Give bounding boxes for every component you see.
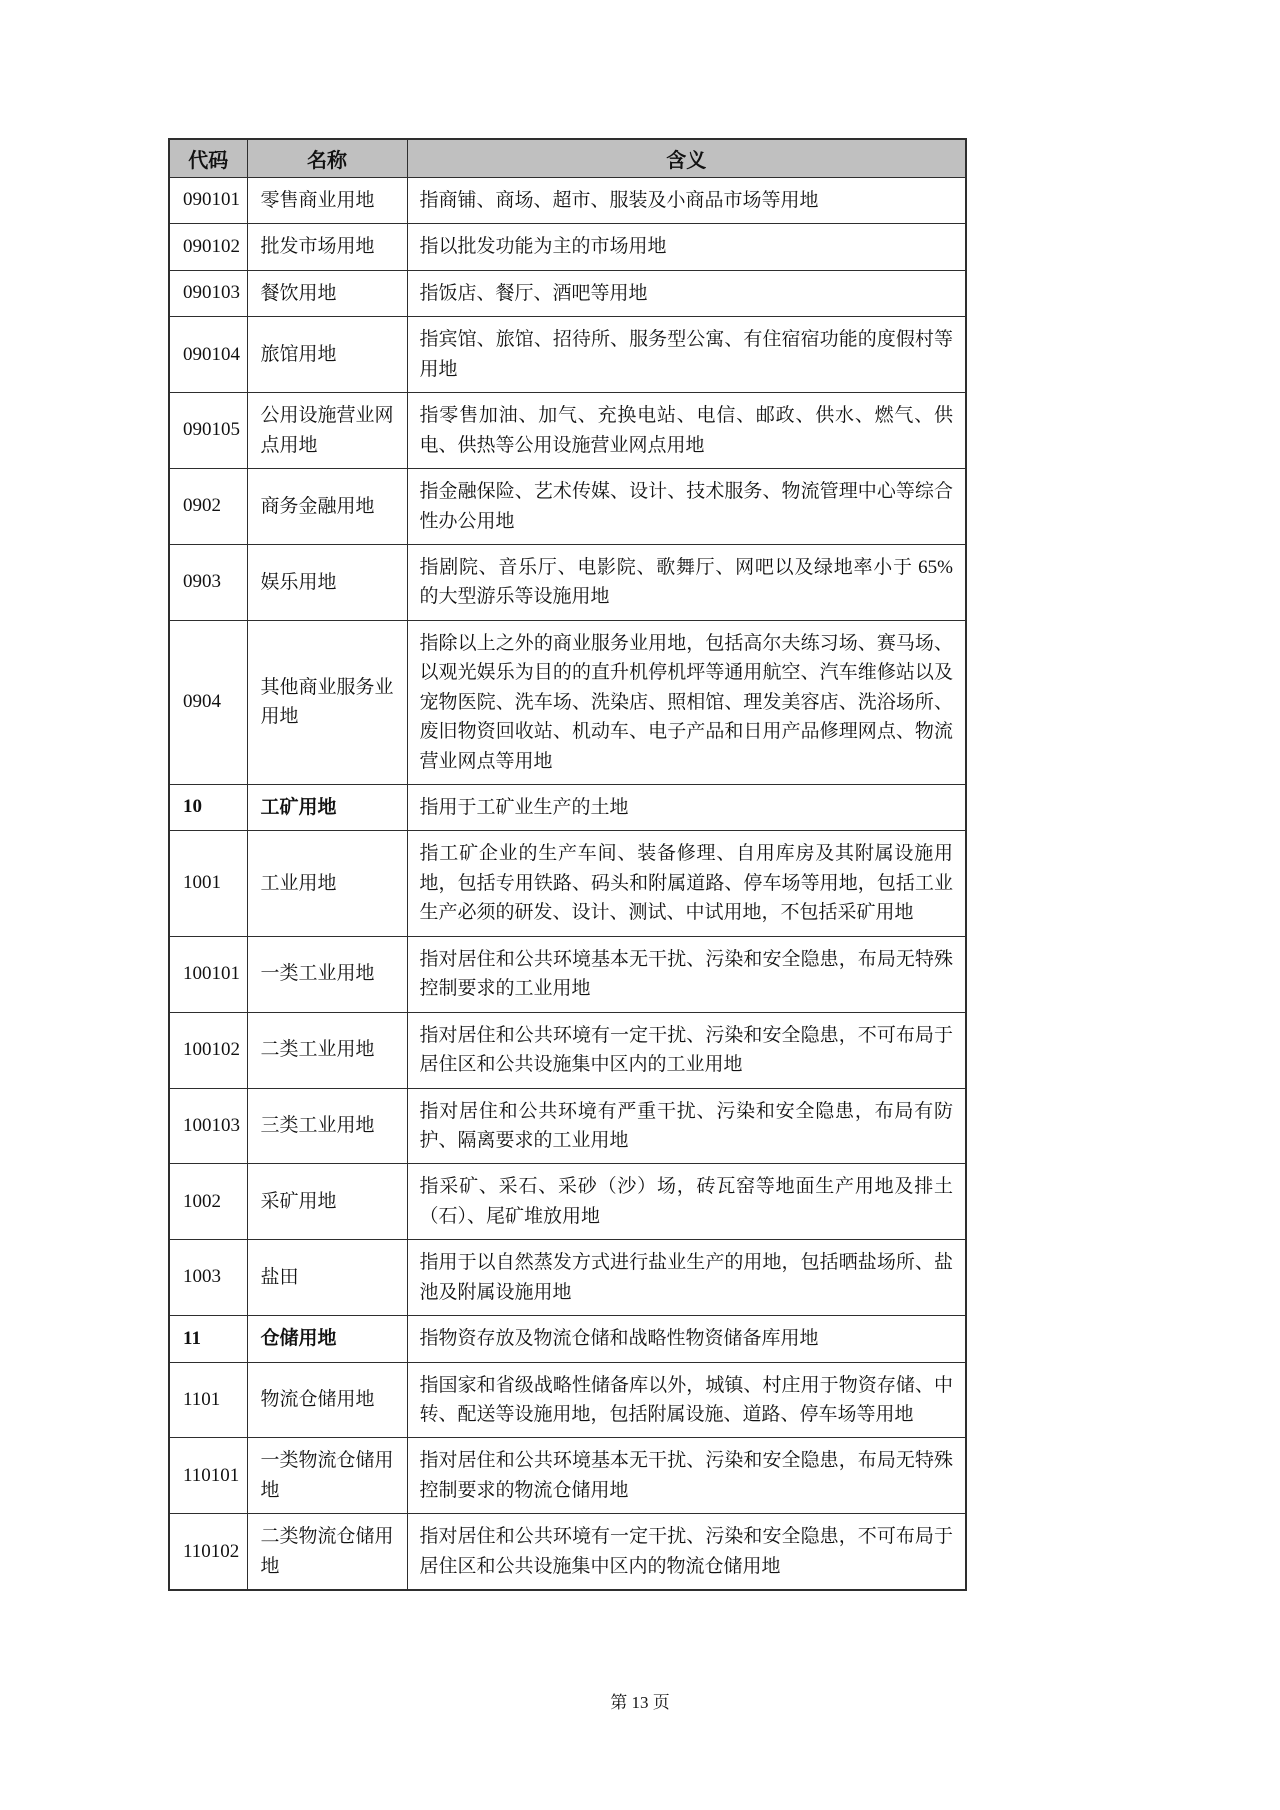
table-row: 090102 批发市场用地 指以批发功能为主的市场用地 — [169, 224, 966, 270]
meaning-cell: 指用于以自然蒸发方式进行盐业生产的用地，包括晒盐场所、盐池及附属设施用地 — [407, 1240, 966, 1316]
table-row: 110102 二类物流仓储用地 指对居住和公共环境有一定干扰、污染和安全隐患，不… — [169, 1514, 966, 1590]
code-cell: 100101 — [169, 936, 247, 1012]
meaning-cell: 指商铺、商场、超市、服装及小商品市场等用地 — [407, 178, 966, 224]
code-cell: 110102 — [169, 1514, 247, 1590]
name-cell: 零售商业用地 — [247, 178, 407, 224]
table-header-row: 代码 名称 含义 — [169, 139, 966, 178]
name-cell: 公用设施营业网点用地 — [247, 393, 407, 469]
name-cell: 物流仓储用地 — [247, 1362, 407, 1438]
table-row: 1001 工业用地 指工矿企业的生产车间、装备修理、自用库房及其附属设施用地，包… — [169, 831, 966, 936]
code-cell: 090101 — [169, 178, 247, 224]
table-row: 110101 一类物流仓储用地 指对居住和公共环境基本无干扰、污染和安全隐患，布… — [169, 1438, 966, 1514]
meaning-cell: 指工矿企业的生产车间、装备修理、自用库房及其附属设施用地，包括专用铁路、码头和附… — [407, 831, 966, 936]
meaning-cell: 指对居住和公共环境有严重干扰、污染和安全隐患，布局有防护、隔离要求的工业用地 — [407, 1088, 966, 1164]
table-row: 100101 一类工业用地 指对居住和公共环境基本无干扰、污染和安全隐患，布局无… — [169, 936, 966, 1012]
table-row: 0903 娱乐用地 指剧院、音乐厅、电影院、歌舞厅、网吧以及绿地率小于 65%的… — [169, 544, 966, 620]
meaning-cell: 指对居住和公共环境基本无干扰、污染和安全隐患，布局无特殊控制要求的物流仓储用地 — [407, 1438, 966, 1514]
code-cell: 1003 — [169, 1240, 247, 1316]
meaning-cell: 指饭店、餐厅、酒吧等用地 — [407, 270, 966, 316]
table-row: 090101 零售商业用地 指商铺、商场、超市、服装及小商品市场等用地 — [169, 178, 966, 224]
table-row: 100102 二类工业用地 指对居住和公共环境有一定干扰、污染和安全隐患，不可布… — [169, 1012, 966, 1088]
code-cell: 1002 — [169, 1164, 247, 1240]
header-meaning: 含义 — [407, 139, 966, 178]
code-cell: 1001 — [169, 831, 247, 936]
table-row: 11 仓储用地 指物资存放及物流仓储和战略性物资储备库用地 — [169, 1316, 966, 1362]
code-cell: 0903 — [169, 544, 247, 620]
name-cell: 餐饮用地 — [247, 270, 407, 316]
document-page: 代码 名称 含义 090101 零售商业用地 指商铺、商场、超市、服装及小商品市… — [0, 0, 1280, 1810]
meaning-cell: 指以批发功能为主的市场用地 — [407, 224, 966, 270]
name-cell: 仓储用地 — [247, 1316, 407, 1362]
code-cell: 090104 — [169, 317, 247, 393]
code-cell: 1101 — [169, 1362, 247, 1438]
name-cell: 一类物流仓储用地 — [247, 1438, 407, 1514]
meaning-cell: 指物资存放及物流仓储和战略性物资储备库用地 — [407, 1316, 966, 1362]
meaning-cell: 指对居住和公共环境有一定干扰、污染和安全隐患，不可布局于居住区和公共设施集中区内… — [407, 1514, 966, 1590]
meaning-cell: 指对居住和公共环境有一定干扰、污染和安全隐患，不可布局于居住区和公共设施集中区内… — [407, 1012, 966, 1088]
table-row: 100103 三类工业用地 指对居住和公共环境有严重干扰、污染和安全隐患，布局有… — [169, 1088, 966, 1164]
name-cell: 盐田 — [247, 1240, 407, 1316]
meaning-cell: 指用于工矿业生产的土地 — [407, 785, 966, 831]
meaning-cell: 指金融保险、艺术传媒、设计、技术服务、物流管理中心等综合性办公用地 — [407, 469, 966, 545]
page-number: 第 13 页 — [0, 1688, 1280, 1713]
code-cell: 110101 — [169, 1438, 247, 1514]
table-row: 1003 盐田 指用于以自然蒸发方式进行盐业生产的用地，包括晒盐场所、盐池及附属… — [169, 1240, 966, 1316]
meaning-cell: 指国家和省级战略性储备库以外，城镇、村庄用于物资存储、中转、配送等设施用地，包括… — [407, 1362, 966, 1438]
meaning-cell: 指宾馆、旅馆、招待所、服务型公寓、有住宿宿功能的度假村等用地 — [407, 317, 966, 393]
header-code: 代码 — [169, 139, 247, 178]
meaning-cell: 指采矿、采石、采砂（沙）场，砖瓦窑等地面生产用地及排土（石）、尾矿堆放用地 — [407, 1164, 966, 1240]
name-cell: 二类工业用地 — [247, 1012, 407, 1088]
table-row: 090104 旅馆用地 指宾馆、旅馆、招待所、服务型公寓、有住宿宿功能的度假村等… — [169, 317, 966, 393]
name-cell: 工矿用地 — [247, 785, 407, 831]
name-cell: 商务金融用地 — [247, 469, 407, 545]
name-cell: 其他商业服务业用地 — [247, 620, 407, 784]
name-cell: 采矿用地 — [247, 1164, 407, 1240]
code-cell: 090105 — [169, 393, 247, 469]
table-row: 0904 其他商业服务业用地 指除以上之外的商业服务业用地，包括高尔夫练习场、赛… — [169, 620, 966, 784]
name-cell: 工业用地 — [247, 831, 407, 936]
table-row: 090103 餐饮用地 指饭店、餐厅、酒吧等用地 — [169, 270, 966, 316]
name-cell: 一类工业用地 — [247, 936, 407, 1012]
land-use-classification-table: 代码 名称 含义 090101 零售商业用地 指商铺、商场、超市、服装及小商品市… — [168, 138, 967, 1591]
table-row: 1002 采矿用地 指采矿、采石、采砂（沙）场，砖瓦窑等地面生产用地及排土（石）… — [169, 1164, 966, 1240]
table-row: 1101 物流仓储用地 指国家和省级战略性储备库以外，城镇、村庄用于物资存储、中… — [169, 1362, 966, 1438]
code-cell: 0902 — [169, 469, 247, 545]
meaning-cell: 指除以上之外的商业服务业用地，包括高尔夫练习场、赛马场、以观光娱乐为目的的直升机… — [407, 620, 966, 784]
meaning-cell: 指剧院、音乐厅、电影院、歌舞厅、网吧以及绿地率小于 65%的大型游乐等设施用地 — [407, 544, 966, 620]
name-cell: 娱乐用地 — [247, 544, 407, 620]
table-row: 090105 公用设施营业网点用地 指零售加油、加气、充换电站、电信、邮政、供水… — [169, 393, 966, 469]
code-cell: 090103 — [169, 270, 247, 316]
name-cell: 三类工业用地 — [247, 1088, 407, 1164]
code-cell: 11 — [169, 1316, 247, 1362]
meaning-cell: 指对居住和公共环境基本无干扰、污染和安全隐患，布局无特殊控制要求的工业用地 — [407, 936, 966, 1012]
code-cell: 100102 — [169, 1012, 247, 1088]
name-cell: 二类物流仓储用地 — [247, 1514, 407, 1590]
code-cell: 090102 — [169, 224, 247, 270]
name-cell: 批发市场用地 — [247, 224, 407, 270]
meaning-cell: 指零售加油、加气、充换电站、电信、邮政、供水、燃气、供电、供热等公用设施营业网点… — [407, 393, 966, 469]
code-cell: 0904 — [169, 620, 247, 784]
code-cell: 100103 — [169, 1088, 247, 1164]
table-row: 0902 商务金融用地 指金融保险、艺术传媒、设计、技术服务、物流管理中心等综合… — [169, 469, 966, 545]
code-cell: 10 — [169, 785, 247, 831]
name-cell: 旅馆用地 — [247, 317, 407, 393]
header-name: 名称 — [247, 139, 407, 178]
table-row: 10 工矿用地 指用于工矿业生产的土地 — [169, 785, 966, 831]
